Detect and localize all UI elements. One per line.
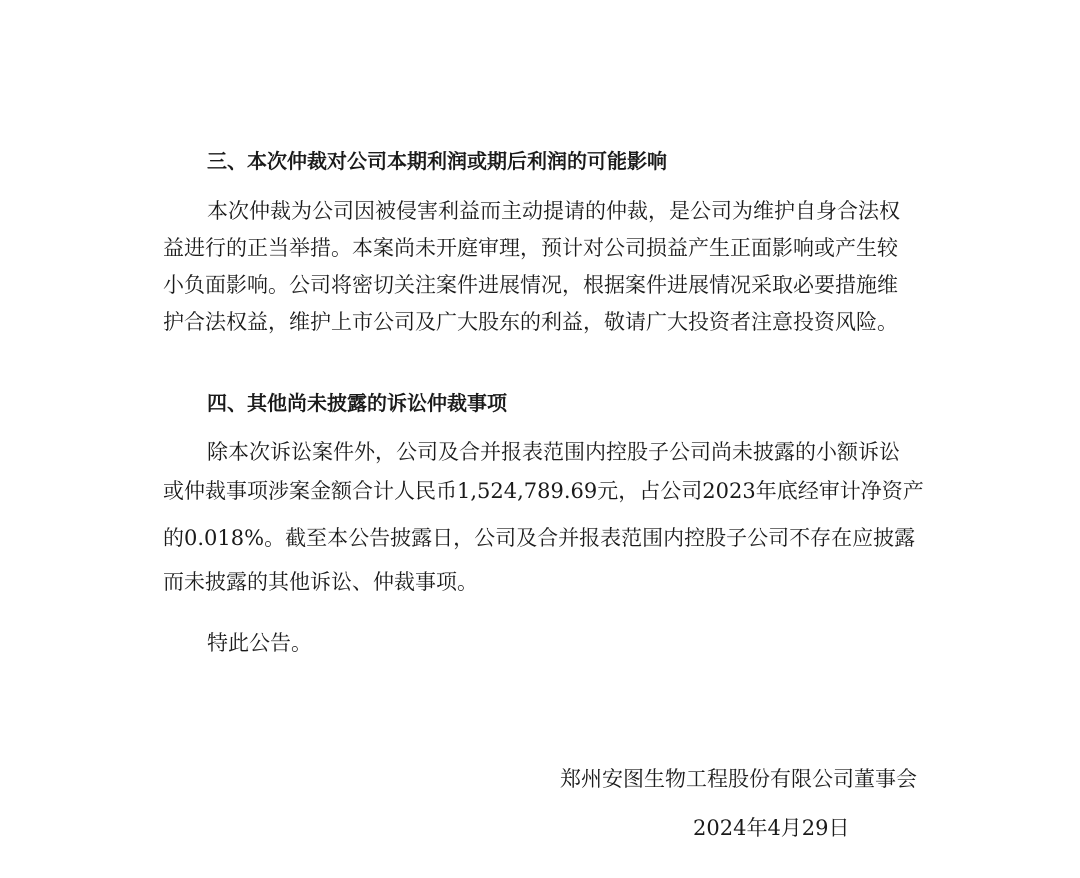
section-3-heading: 三、本次仲裁对公司本期利润或期后利润的可能影响	[207, 146, 967, 176]
closing-statement: 特此公告。	[207, 628, 967, 658]
section-4-paragraph-line: 或仲裁事项涉案金额合计人民币1,524,789.69元，占公司2023年底经审计…	[163, 476, 923, 506]
section-3-paragraph-line: 益进行的正当举措。本案尚未开庭审理，预计对公司损益产生正面影响或产生较	[163, 233, 923, 263]
section-4-paragraph-line: 而未披露的其他诉讼、仲裁事项。	[163, 567, 923, 597]
section-3-paragraph-line: 小负面影响。公司将密切关注案件进展情况，根据案件进展情况采取必要措施维	[163, 270, 923, 300]
section-4-heading: 四、其他尚未披露的诉讼仲裁事项	[207, 388, 967, 418]
signature-date: 2024年4月29日	[693, 813, 850, 843]
section-4-paragraph-line: 除本次诉讼案件外，公司及合并报表范围内控股子公司尚未披露的小额诉讼	[207, 437, 967, 467]
section-3-paragraph-line: 护合法权益，维护上市公司及广大股东的利益，敬请广大投资者注意投资风险。	[163, 307, 923, 337]
section-3-paragraph-line: 本次仲裁为公司因被侵害利益而主动提请的仲裁，是公司为维护自身合法权	[207, 196, 967, 226]
section-4-paragraph-line: 的0.018%。截至本公告披露日，公司及合并报表范围内控股子公司不存在应披露	[163, 523, 923, 553]
signature-company: 郑州安图生物工程股份有限公司董事会	[560, 764, 917, 794]
